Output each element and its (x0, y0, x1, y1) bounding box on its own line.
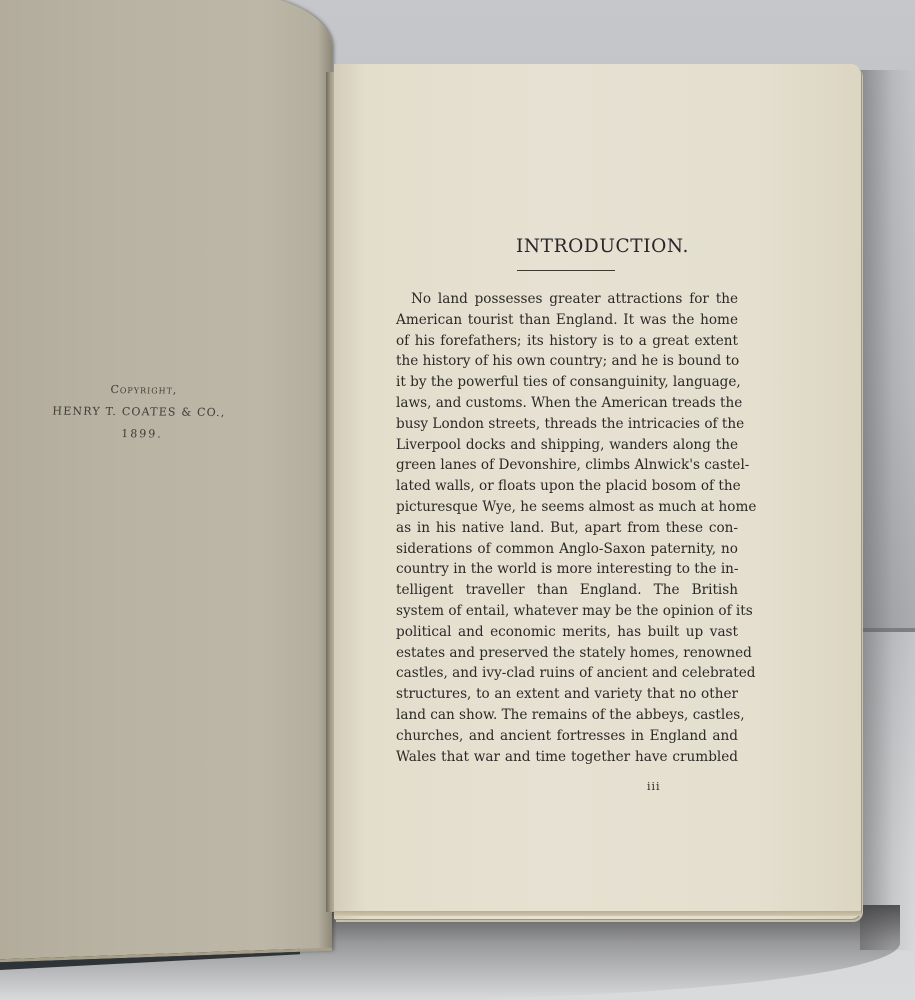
introduction-body-text: No land possesses greater attractions fo… (396, 289, 738, 767)
text-line: it by the powerful ties of consanguinity… (396, 372, 738, 393)
text-line: churches, and ancient fortresses in Engl… (396, 726, 738, 747)
text-line: Liverpool docks and shipping, wanders al… (396, 435, 738, 456)
text-line: political and economic merits, has built… (396, 622, 738, 643)
text-line: as in his native land. But, apart from t… (396, 518, 738, 539)
book-shadow-right (860, 70, 915, 950)
text-line: structures, to an extent and variety tha… (396, 684, 738, 705)
copyright-label: Copyright, (59, 379, 230, 402)
text-line: of his forefathers; its history is to a … (396, 331, 738, 352)
text-line: busy London streets, threads the intrica… (396, 414, 738, 435)
text-line: green lanes of Devonshire, climbs Alnwic… (396, 455, 738, 476)
text-line: siderations of common Anglo-Saxon patern… (396, 539, 738, 560)
text-line: estates and preserved the stately homes,… (396, 643, 738, 664)
text-line: American tourist than England. It was th… (396, 310, 738, 331)
text-line: No land possesses greater attractions fo… (396, 289, 738, 310)
text-line: land can show. The remains of the abbeys… (396, 705, 738, 726)
text-line: the history of his own country; and he i… (396, 351, 738, 372)
page-number: iii (647, 780, 661, 793)
text-line: picturesque Wye, he seems almost as much… (396, 497, 738, 518)
text-line: lated walls, or floats upon the placid b… (396, 476, 738, 497)
left-page-verso: Copyright, HENRY T. COATES & CO., 1899. (0, 0, 332, 963)
page-title: INTRODUCTION. (334, 236, 861, 257)
text-line: telligent traveller than England. The Br… (396, 580, 738, 601)
page-stack-edge (334, 911, 861, 916)
text-line: laws, and customs. When the American tre… (396, 393, 738, 414)
copyright-publisher: HENRY T. COATES & CO., (50, 400, 229, 424)
right-page-recto: INTRODUCTION. No land possesses greater … (334, 64, 861, 919)
copyright-year: 1899. (57, 423, 228, 446)
copyright-notice: Copyright, HENRY T. COATES & CO., 1899. (57, 379, 230, 447)
title-divider-rule (517, 270, 615, 271)
text-line: castles, and ivy-clad ruins of ancient a… (396, 663, 738, 684)
text-line: country in the world is more interesting… (396, 559, 738, 580)
text-line: Wales that war and time together have cr… (396, 747, 738, 768)
text-line: system of entail, whatever may be the op… (396, 601, 738, 622)
